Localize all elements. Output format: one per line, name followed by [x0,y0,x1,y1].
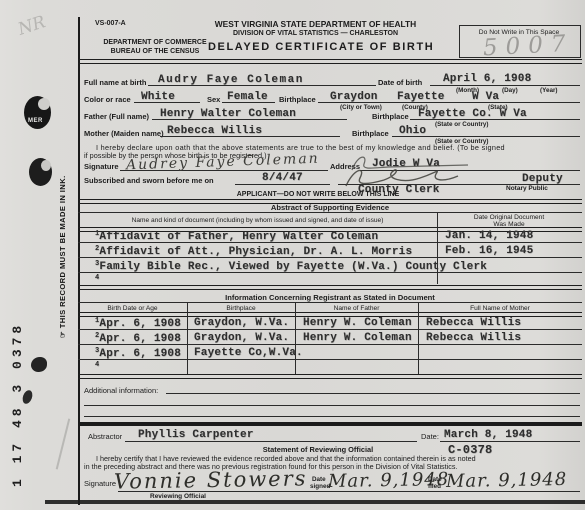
additional-info-label: Additional information: [84,386,158,395]
bottom-rule [45,500,585,504]
pencil-note: NR [16,12,49,40]
registrant-header-divider [78,312,582,317]
additional-line-2 [84,405,580,406]
hole-punch-bottom-glare [41,160,51,171]
reg-row2-father: Henry W. Coleman [303,332,412,344]
sub-day: (Day) [502,87,518,94]
form-number: VS-007-A [95,20,126,27]
registrant-header-3: Name of Father [295,305,418,312]
deputy-value: Deputy [522,173,563,185]
reg-row2-mother: Rebecca Willis [426,332,521,344]
dob-label: Date of birth [378,78,422,87]
review-signature-label: Signature [84,479,116,488]
sex-label: Sex [207,95,220,104]
mother-label: Mother (Maiden name) [84,129,164,138]
certificate-title: DELAYED CERTIFICATE OF BIRTH [208,41,423,53]
reviewing-official-signature: Vonnie Stowers [114,466,308,493]
ink-note-vertical: ☞ THIS RECORD MUST BE MADE IN INK. [58,138,67,338]
abstract-col2-header-1: Date Original Document [439,214,579,221]
form-left-rule [78,17,80,505]
reg-row2-bp: Graydon, W.Va. [194,332,289,344]
hole-punch-top-glare [38,98,50,110]
abstractor-date-line [440,441,580,442]
father-bp-value: Fayette Co. W Va [418,108,527,120]
sworn-date-value: 8/4/47 [262,172,303,184]
dob-line [430,85,580,86]
bp-county-value: Fayette [397,91,445,103]
registrant-div-2 [295,302,296,375]
header-divider [78,59,582,64]
abstractor-name: Phyllis Carpenter [138,429,254,441]
race-label: Color or race [84,95,131,104]
father-bp-label: Birthplace [372,112,409,121]
additional-line-1 [166,393,580,394]
review-signature-sub: Reviewing Official [150,493,206,500]
date-filed-label-1: Date [428,476,442,483]
full-name-value: Audry Faye Coleman [158,74,304,86]
punch-stamp-text: MER [28,118,43,124]
pencil-scribble [56,419,71,470]
additional-line-3 [84,416,580,417]
sub-city: (City or Town) [340,104,382,111]
file-stamp-vertical: 1 17 48 3 0378 [10,272,25,487]
sworn-label: Subscribed and sworn before me on [84,176,214,185]
reg-row1-father: Henry W. Coleman [303,317,412,329]
father-value: Henry Walter Coleman [160,108,296,120]
abstract-title: Abstract of Supporting Evidence [78,203,582,212]
ink-blot-1 [31,357,47,372]
abstractor-label: Abstractor [88,432,122,441]
applicant-do-not-write: APPLICANT—DO NOT WRITE BELOW THIS LINE [78,191,558,198]
registrant-div-3 [418,302,419,375]
mother-bp-label: Birthplace [352,129,389,138]
scanned-birth-certificate: MER NR ☞ THIS RECORD MUST BE MADE IN INK… [0,0,585,510]
abstractor-date-label: Date: [421,432,439,441]
father-label: Father (Full name) [84,112,149,121]
registrant-title-rule [78,302,582,303]
birthplace-label: Birthplace [279,95,316,104]
reg-row1-mother: Rebecca Willis [426,317,521,329]
division-title: DIVISION OF VITAL STATISTICS — CHARLESTO… [213,30,418,37]
abstractor-date: March 8, 1948 [444,429,532,441]
date-filed-value: Mar. 9,1948 [446,469,568,492]
date-signed-label-1: Date [312,476,326,483]
additional-heavy-rule [78,422,582,426]
reg-row3-bp: Fayette Co,W.Va. [194,347,303,359]
signature-label: Signature [84,162,119,171]
state-dept-title: WEST VIRGINIA STATE DEPARTMENT OF HEALTH [213,19,418,29]
dob-value: April 6, 1908 [443,73,531,85]
date-filed-label-2: filed [428,483,441,490]
registrant-header-1: Birth Date or Age [78,305,187,312]
sworn-date-line [235,184,330,185]
abstract-title-rule [78,212,582,213]
registrant-header-2: Birthplace [187,305,295,312]
mother-bp-value: Ohio [399,125,426,137]
dept-line2: BUREAU OF THE CENSUS [90,48,220,55]
abstractor-line [125,441,417,442]
bp-city-value: Graydon [330,91,378,103]
space-number-handwritten: 5007 [482,31,574,62]
registrant-title: Information Concerning Registrant as Sta… [78,293,582,302]
registrant-header-4: Full Name of Mother [418,305,582,312]
sex-value: Female [227,91,268,103]
mother-value: Rebecca Willis [167,125,262,137]
dept-line1: DEPARTMENT OF COMMERCE [90,39,220,46]
sub-state-country-1: (State or Country) [435,121,489,128]
abstract-bottom-divider [78,285,582,290]
bp-state-value: W Va [472,91,499,103]
registrant-div-1 [187,302,188,375]
reg-row4: 4 [95,361,99,374]
race-value: White [141,91,175,103]
abstract-row1-date: Jan. 14, 1948 [445,230,533,242]
reg-row1-bp: Graydon, W.Va. [194,317,289,329]
abstract-col1-header: Name and kind of document (including by … [90,217,425,224]
full-name-label: Full name at birth [84,78,147,87]
abstract-row2-date: Feb. 16, 1945 [445,245,533,257]
abstract-col-divider [437,212,438,284]
registrant-bottom-divider [78,374,582,379]
sub-year: (Year) [540,87,558,94]
